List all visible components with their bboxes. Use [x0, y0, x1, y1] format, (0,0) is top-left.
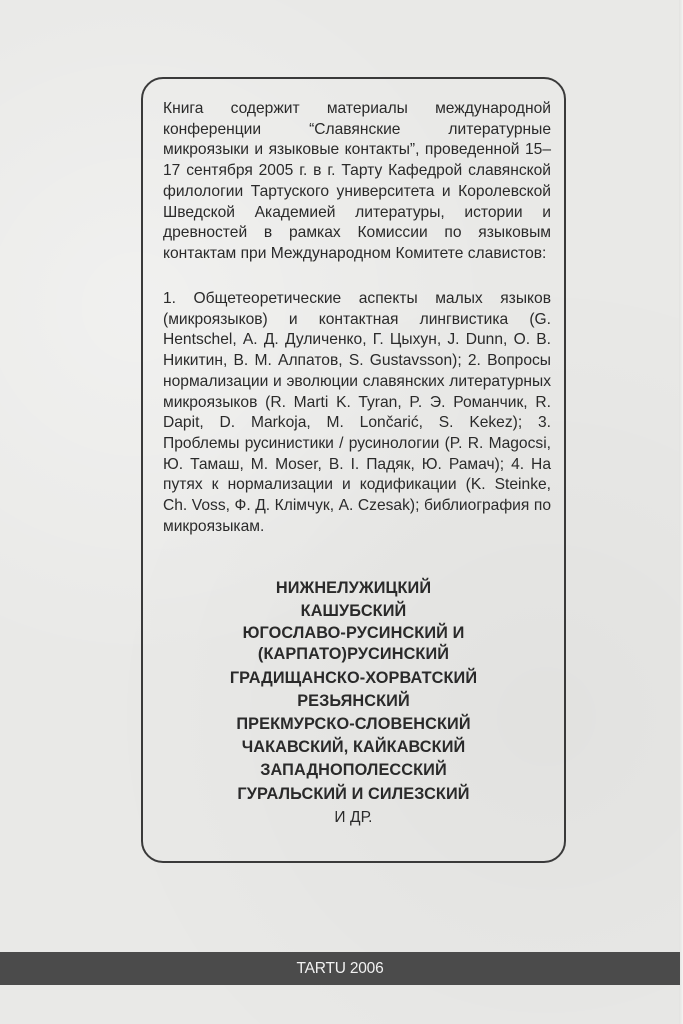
- language-item: ЮГОСЛАВО-РУСИНСКИЙ И: [141, 623, 566, 643]
- page-edge: [679, 0, 683, 1024]
- language-list: НИЖНЕЛУЖИЦКИЙ КАШУБСКИЙ ЮГОСЛАВО-РУСИНСК…: [141, 577, 566, 829]
- language-etc: И ДР.: [141, 806, 566, 829]
- topics-paragraph: 1. Общетеоретические аспекты малых языко…: [163, 289, 551, 537]
- language-item: ПРЕКМУРСКО-СЛОВЕНСКИЙ: [141, 713, 566, 736]
- imprint-band: TARTU 2006: [0, 952, 680, 985]
- language-item: РЕЗЬЯНСКИЙ: [141, 690, 566, 713]
- imprint-text: TARTU 2006: [0, 952, 680, 985]
- language-item: ЗАПАДНОПОЛЕССКИЙ: [141, 759, 566, 782]
- language-item: КАШУБСКИЙ: [141, 600, 566, 623]
- language-item: ЧАКАВСКИЙ, КАЙКАВСКИЙ: [141, 736, 566, 759]
- language-item: ГРАДИЩАНСКО-ХОРВАТСКИЙ: [141, 667, 566, 690]
- language-item: (КАРПАТО)РУСИНСКИЙ: [141, 643, 566, 666]
- intro-paragraph: Книга содержит материалы международной к…: [163, 99, 551, 265]
- language-item: НИЖНЕЛУЖИЦКИЙ: [141, 577, 566, 600]
- language-item: ГУРАЛЬСКИЙ И СИЛЕЗСКИЙ: [141, 783, 566, 806]
